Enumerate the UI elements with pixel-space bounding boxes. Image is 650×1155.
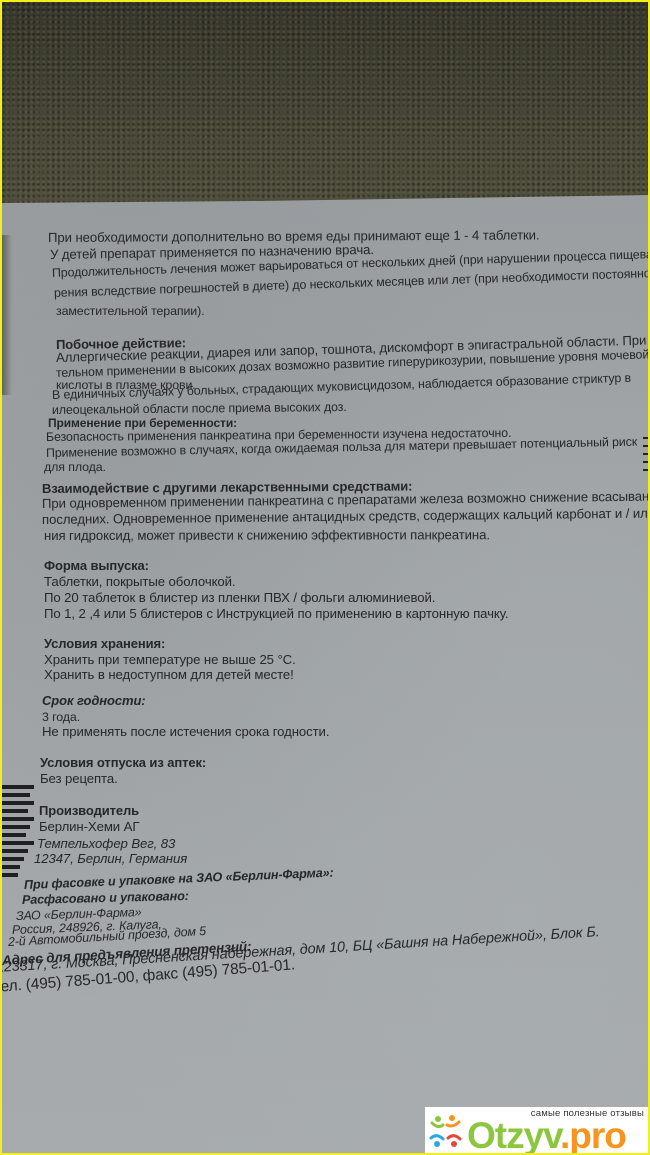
manufacturer-line: 12347, Берлин, Германия: [34, 851, 187, 866]
people-logo-icon: [429, 1113, 463, 1151]
release-form-line: Таблетки, покрытые оболочкой.: [44, 574, 236, 589]
watermark-brand: Otzyv.pro: [467, 1115, 626, 1155]
shelf-life-line: Не применять после истечения срока годно…: [42, 724, 329, 739]
instruction-text: При необходимости дополнительно во время…: [0, 0, 650, 1155]
interactions-line: ния гидроксид, может привести к снижению…: [44, 527, 490, 543]
section-heading-packaging: При фасовке и упаковке на ЗАО «Берлин-Фа…: [24, 866, 334, 892]
manufacturer-line: Берлин-Хеми АГ: [39, 819, 139, 834]
section-heading-storage: Условия хранения:: [44, 636, 165, 651]
side-effects-line: илеоцекальной области после приема высок…: [52, 400, 347, 417]
section-heading-shelf-life: Срок годности:: [42, 693, 146, 708]
section-heading-dispensing: Условия отпуска из аптек:: [40, 755, 206, 770]
release-form-line: По 20 таблеток в блистер из пленки ПВХ /…: [44, 590, 435, 605]
storage-line: Хранить в недоступном для детей месте!: [44, 667, 294, 682]
manufacturer-line: Темпельхофер Вег, 83: [37, 836, 175, 851]
section-heading-release-form: Форма выпуска:: [44, 558, 149, 573]
storage-line: Хранить при температуре не выше 25 °С.: [44, 652, 296, 667]
dispensing-line: Без рецепта.: [40, 771, 118, 786]
watermark-brand-main: Otzyv: [467, 1115, 560, 1155]
watermark-brand-tld: .pro: [560, 1115, 626, 1155]
dosage-line: заместительной терапии).: [56, 304, 205, 318]
shelf-life-line: 3 года.: [42, 710, 80, 724]
release-form-line: По 1, 2 ,4 или 5 блистеров с Инструкцией…: [44, 606, 508, 621]
packaging-subheading: Расфасовано и упаковано:: [22, 889, 189, 907]
otzyv-watermark: самые полезные отзывы Otzyv.pro: [425, 1107, 650, 1155]
pregnancy-line: для плода.: [44, 460, 106, 474]
section-heading-manufacturer: Производитель: [39, 803, 139, 818]
